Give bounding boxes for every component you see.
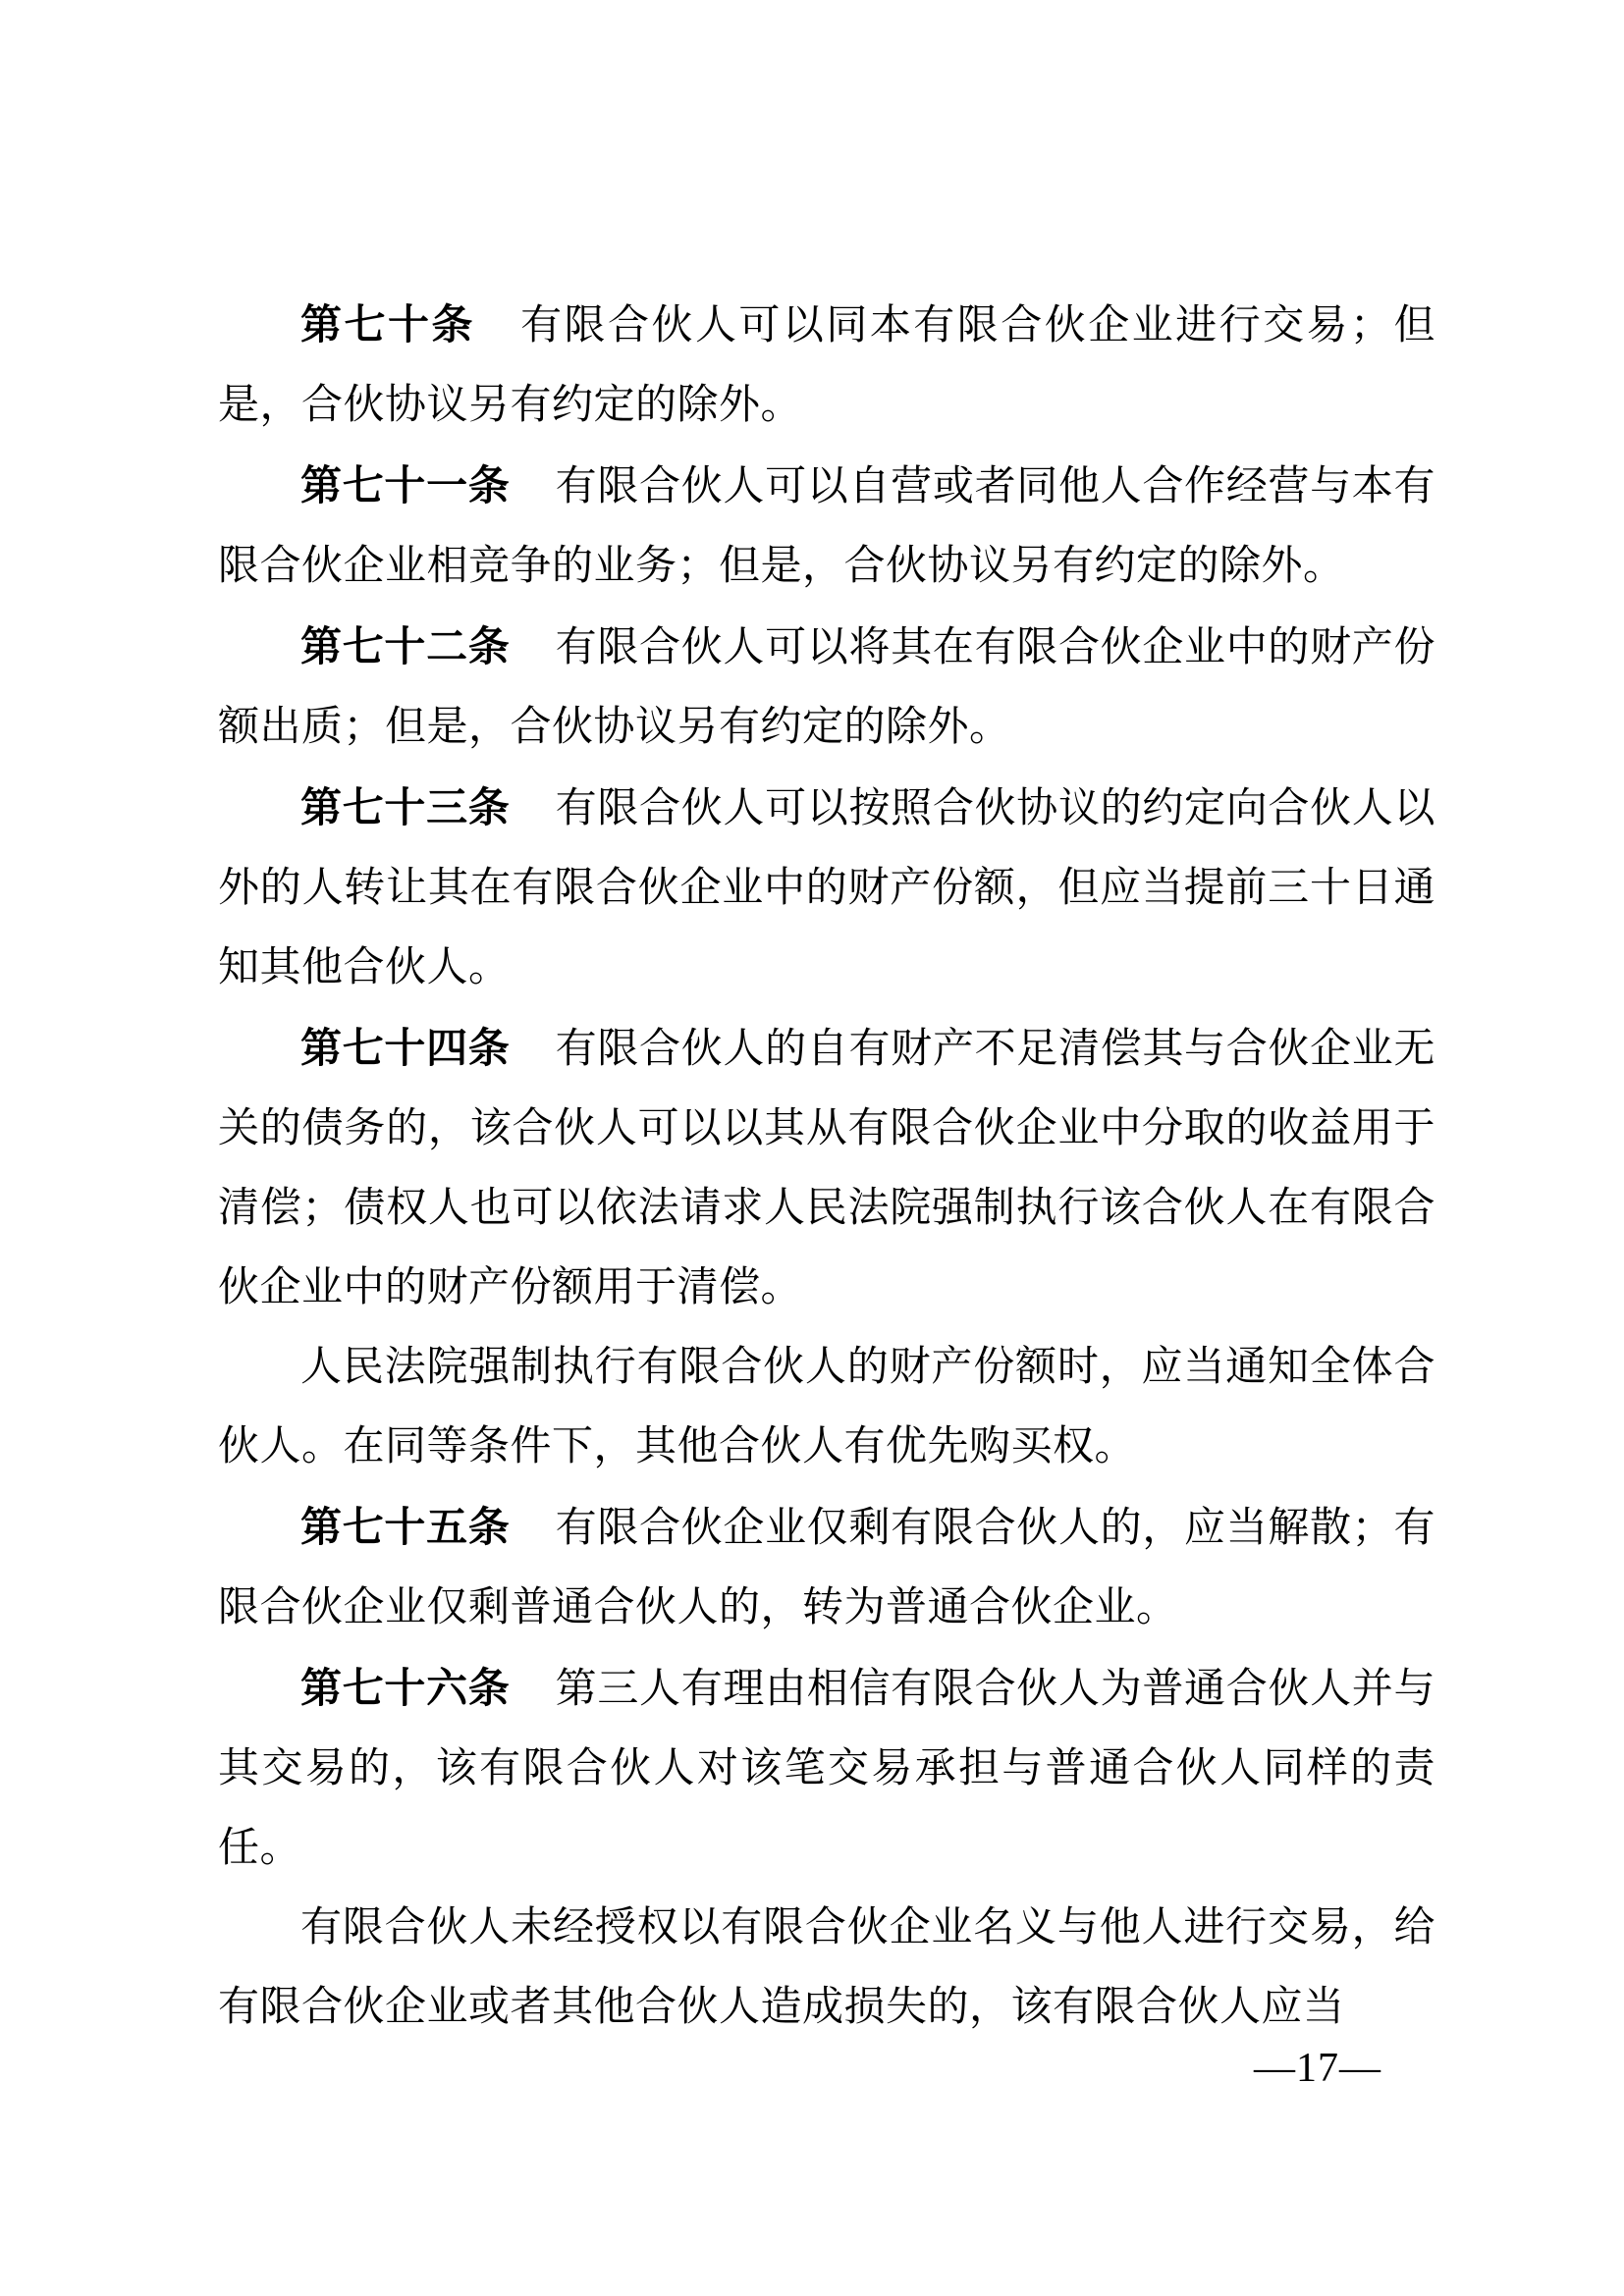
article-paragraph: 第七十五条有限合伙企业仅剩有限合伙人的，应当解散；有限合伙企业仅剩普通合伙人的，… (218, 1487, 1435, 1648)
document-page: 第七十条有限合伙人可以同本有限合伙企业进行交易；但是，合伙协议另有约定的除外。第… (0, 0, 1624, 2296)
article-number: 第七十一条 (300, 462, 510, 508)
document-body: 第七十条有限合伙人可以同本有限合伙企业进行交易；但是，合伙协议另有约定的除外。第… (218, 285, 1435, 2048)
article-number: 第七十三条 (300, 784, 510, 830)
article-paragraph: 人民法院强制执行有限合伙人的财产份额时，应当通知全体合伙人。在同等条件下，其他合… (218, 1328, 1435, 1487)
article-number: 第七十五条 (300, 1504, 510, 1550)
article-paragraph: 第七十条有限合伙人可以同本有限合伙企业进行交易；但是，合伙协议另有约定的除外。 (218, 285, 1435, 446)
article-paragraph: 有限合伙人未经授权以有限合伙企业名义与他人进行交易，给有限合伙企业或者其他合伙人… (218, 1889, 1435, 2048)
page-number: —17— (1254, 2048, 1381, 2089)
article-paragraph: 第七十三条有限合伙人可以按照合伙协议的约定向合伙人以外的人转让其在有限合伙企业中… (218, 768, 1435, 1008)
article-text: 有限合伙人未经授权以有限合伙企业名义与他人进行交易，给有限合伙企业或者其他合伙人… (218, 1905, 1435, 2030)
article-paragraph: 第七十六条第三人有理由相信有限合伙人为普通合伙人并与其交易的，该有限合伙人对该笔… (218, 1648, 1435, 1889)
article-number: 第七十二条 (300, 623, 510, 669)
article-number: 第七十六条 (300, 1665, 510, 1711)
article-paragraph: 第七十一条有限合伙人可以自营或者同他人合作经营与本有限合伙企业相竞争的业务；但是… (218, 446, 1435, 607)
article-paragraph: 第七十四条有限合伙人的自有财产不足清偿其与合伙企业无关的债务的，该合伙人可以以其… (218, 1008, 1435, 1328)
article-text: 人民法院强制执行有限合伙人的财产份额时，应当通知全体合伙人。在同等条件下，其他合… (218, 1345, 1435, 1469)
article-number: 第七十四条 (300, 1025, 510, 1071)
article-number: 第七十条 (300, 301, 475, 347)
article-paragraph: 第七十二条有限合伙人可以将其在有限合伙企业中的财产份额出质；但是，合伙协议另有约… (218, 607, 1435, 768)
